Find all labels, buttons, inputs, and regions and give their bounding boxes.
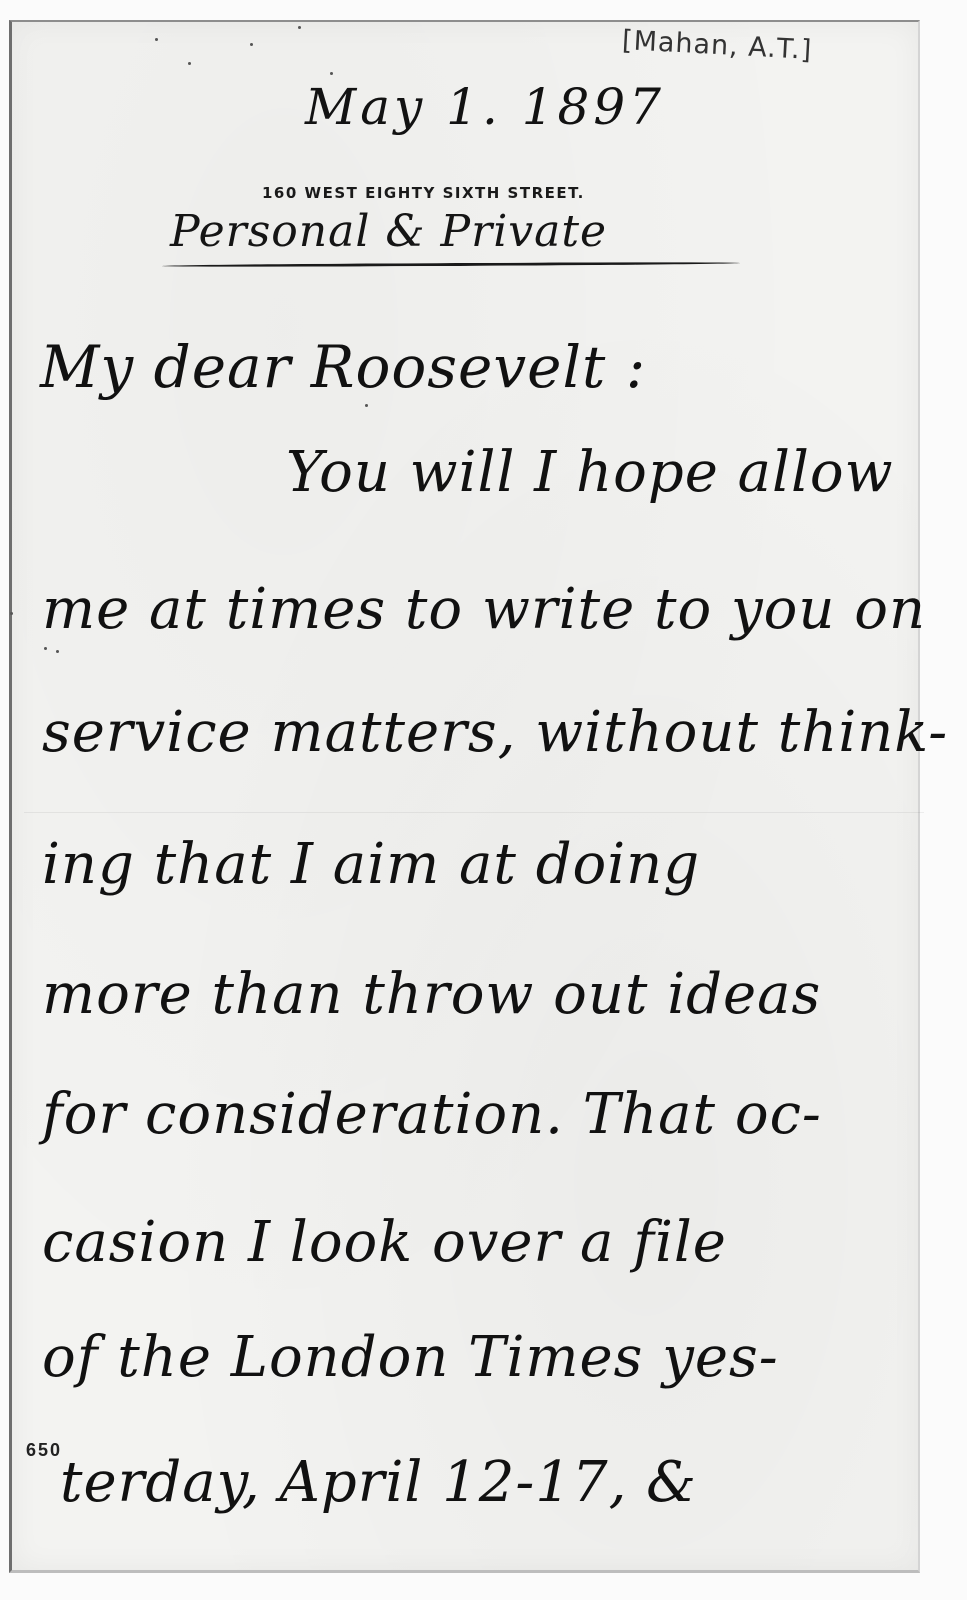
body-line: service matters, without think- <box>42 700 948 765</box>
scanned-page: [Mahan, A.T.] May 1. 1897 160 WEST EIGHT… <box>0 0 967 1600</box>
scan-speck <box>44 647 47 650</box>
scan-speck <box>10 612 13 615</box>
scan-speck <box>365 404 368 407</box>
scan-speck <box>250 43 253 46</box>
body-line: me at times to write to you on <box>42 577 926 642</box>
paper-fold-line <box>24 812 924 813</box>
scan-speck <box>56 650 59 653</box>
scan-speck <box>330 72 333 75</box>
body-line: for consideration. That oc- <box>42 1082 822 1147</box>
confidentiality-marking: Personal & Private <box>170 206 607 257</box>
body-line: casion I look over a file <box>42 1210 727 1275</box>
folio-number: 650 <box>26 1440 62 1461</box>
scan-speck <box>188 62 191 65</box>
body-line: of the London Times yes- <box>42 1325 779 1390</box>
body-line: terday, April 12-17, & <box>60 1450 697 1515</box>
scan-speck <box>155 38 158 41</box>
body-line: You will I hope allow <box>286 440 894 505</box>
body-line: ing that I aim at doing <box>42 832 700 897</box>
letter-date: May 1. 1897 <box>305 78 665 136</box>
salutation: My dear Roosevelt : <box>40 333 646 401</box>
body-line: more than throw out ideas <box>42 962 821 1027</box>
scan-speck <box>298 26 301 29</box>
letterhead-address: 160 WEST EIGHTY SIXTH STREET. <box>262 184 585 202</box>
